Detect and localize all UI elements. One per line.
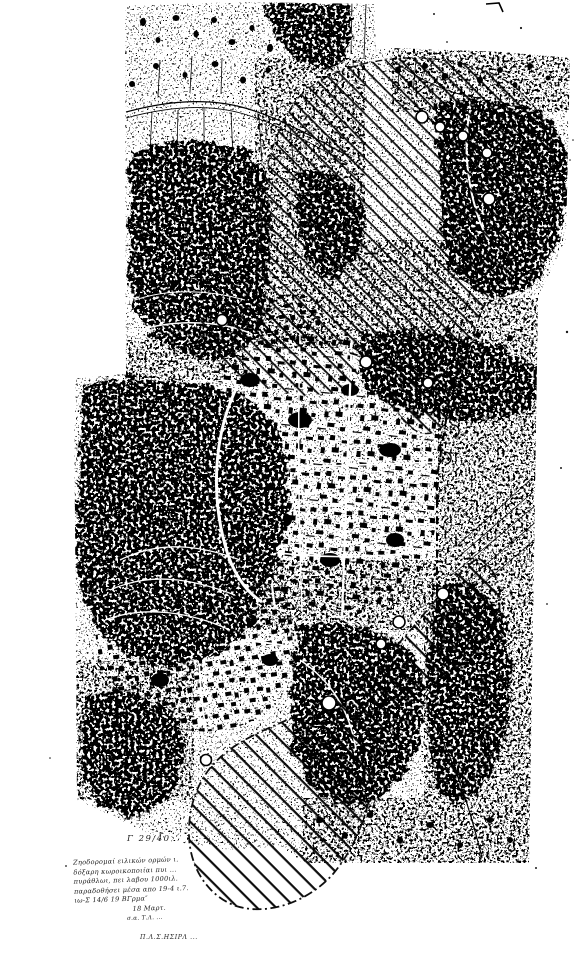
- handwritten-note-block: Ζηοδορομαί ειλικών ορμών ι. δόξαρη κωροι…: [73, 853, 245, 925]
- reference-label: Γ 29/40: [127, 834, 171, 844]
- aerial-photo-mosaic: [0, 0, 579, 955]
- footer-scrawl-line: Π.Λ.Σ.ΗΣΙΡΛ ...: [140, 934, 198, 941]
- scanned-recon-photo-page: Γ 29/40 Ζηοδορομαί ειλικών ορμών ι. δόξα…: [0, 0, 579, 955]
- survey-corner-mark: [486, 3, 503, 12]
